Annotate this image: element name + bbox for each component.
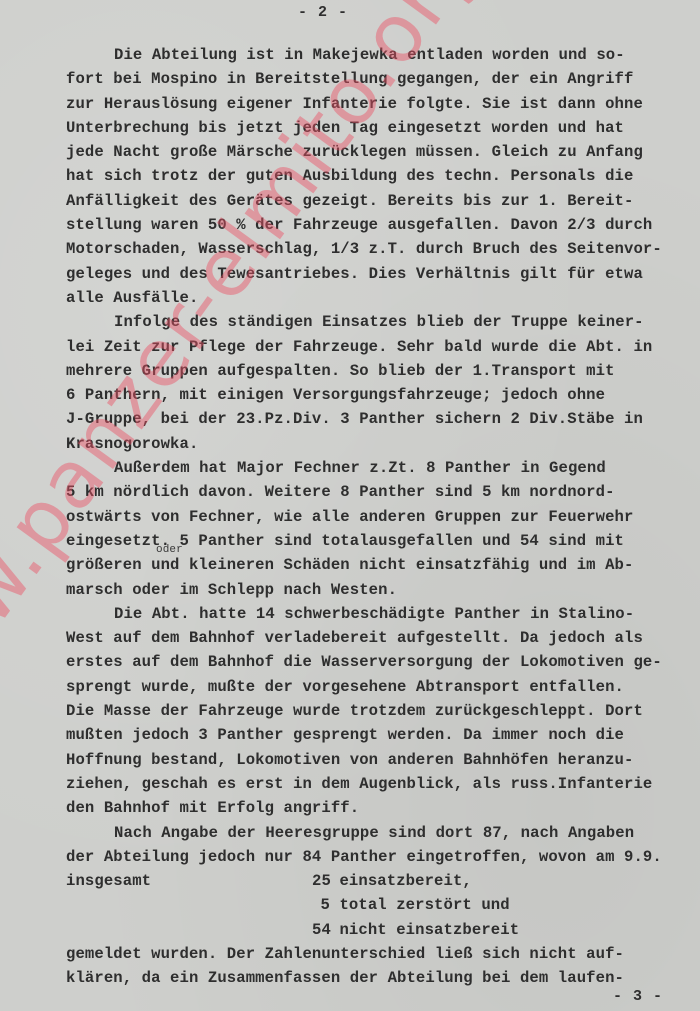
text-line: marsch oder im Schlepp nach Westen. <box>66 578 686 602</box>
text-line: Krasnogorowka. <box>66 432 686 456</box>
text-line: größeren und kleineren Schäden nicht ein… <box>66 553 686 577</box>
tally-number: 25 <box>312 869 330 893</box>
text-line: Die Masse der Fahrzeuge wurde trotzdem z… <box>66 699 686 723</box>
text-line: ziehen, geschah es erst in dem Augenblic… <box>66 772 686 796</box>
text-line: Infolge des ständigen Einsatzes blieb de… <box>66 310 686 334</box>
text-line: Nach Angabe der Heeresgruppe sind dort 8… <box>66 821 686 845</box>
interlinear-correction: oder <box>156 545 183 556</box>
text-line: 6 Panthern, mit einigen Versorgungsfahrz… <box>66 383 686 407</box>
text-line: hat sich trotz der guten Ausbildung des … <box>66 164 686 188</box>
text-line: erstes auf dem Bahnhof die Wasserversorg… <box>66 650 686 674</box>
text-line: Außerdem hat Major Fechner z.Zt. 8 Panth… <box>66 456 686 480</box>
text-line: Die Abteilung ist in Makejewka entladen … <box>66 43 686 67</box>
text-line: klären, da ein Zusammenfassen der Abteil… <box>66 966 686 990</box>
text-line: den Bahnhof mit Erfolg angriff. <box>66 796 686 820</box>
text-line: gemeldet wurden. Der Zahlenunterschied l… <box>66 942 686 966</box>
tally-number: 54 <box>312 918 330 942</box>
text-line: 5 km nördlich davon. Weitere 8 Panther s… <box>66 480 686 504</box>
text-line: mehrere Gruppen aufgespalten. So blieb d… <box>66 359 686 383</box>
text-line: Unterbrechung bis jetzt jeden Tag einges… <box>66 116 686 140</box>
text-line: sprengt wurde, mußte der vorgesehene Abt… <box>66 675 686 699</box>
text-line: J-Gruppe, bei der 23.Pz.Div. 3 Panther s… <box>66 407 686 431</box>
text-line: zur Herauslösung eigener Infanterie folg… <box>66 92 686 116</box>
text-line: lei Zeit zur Pflege der Fahrzeuge. Sehr … <box>66 335 686 359</box>
text-line: fort bei Mospino in Bereitstellung gegan… <box>66 67 686 91</box>
text-line: mußten jedoch 3 Panther gesprengt werden… <box>66 723 686 747</box>
tally-number: 5 <box>312 893 330 917</box>
page-number-top: - 2 - <box>298 4 348 21</box>
text-line: stellung waren 50 % der Fahrzeuge ausgef… <box>66 213 686 237</box>
document-body: Die Abteilung ist in Makejewka entladen … <box>66 43 686 991</box>
tally-label: insgesamt <box>66 869 151 893</box>
page-number-bottom: - 3 - <box>613 988 663 1005</box>
text-line: der Abteilung jedoch nur 84 Panther eing… <box>66 845 686 869</box>
text-line: Hoffnung bestand, Lokomotiven von andere… <box>66 748 686 772</box>
text-line: West auf dem Bahnhof verladebereit aufge… <box>66 626 686 650</box>
tally-row: 54 nicht einsatzbereit <box>66 918 686 942</box>
tally-row: 5 total zerstört und <box>66 893 686 917</box>
tally-row: insgesamt25 einsatzbereit, <box>66 869 686 893</box>
text-line: Motorschaden, Wasserschlag, 1/3 z.T. dur… <box>66 237 686 261</box>
text-line: Die Abt. hatte 14 schwerbeschädigte Pant… <box>66 602 686 626</box>
text-line: jede Nacht große Märsche zurücklegen müs… <box>66 140 686 164</box>
text-line: ostwärts von Fechner, wie alle anderen G… <box>66 505 686 529</box>
text-line: geleges und des Tewesantriebes. Dies Ver… <box>66 262 686 286</box>
text-line: alle Ausfälle. <box>66 286 686 310</box>
text-line: Anfälligkeit des Gerätes gezeigt. Bereit… <box>66 189 686 213</box>
document-page: - 2 - Die Abteilung ist in Makejewka ent… <box>0 0 700 1011</box>
